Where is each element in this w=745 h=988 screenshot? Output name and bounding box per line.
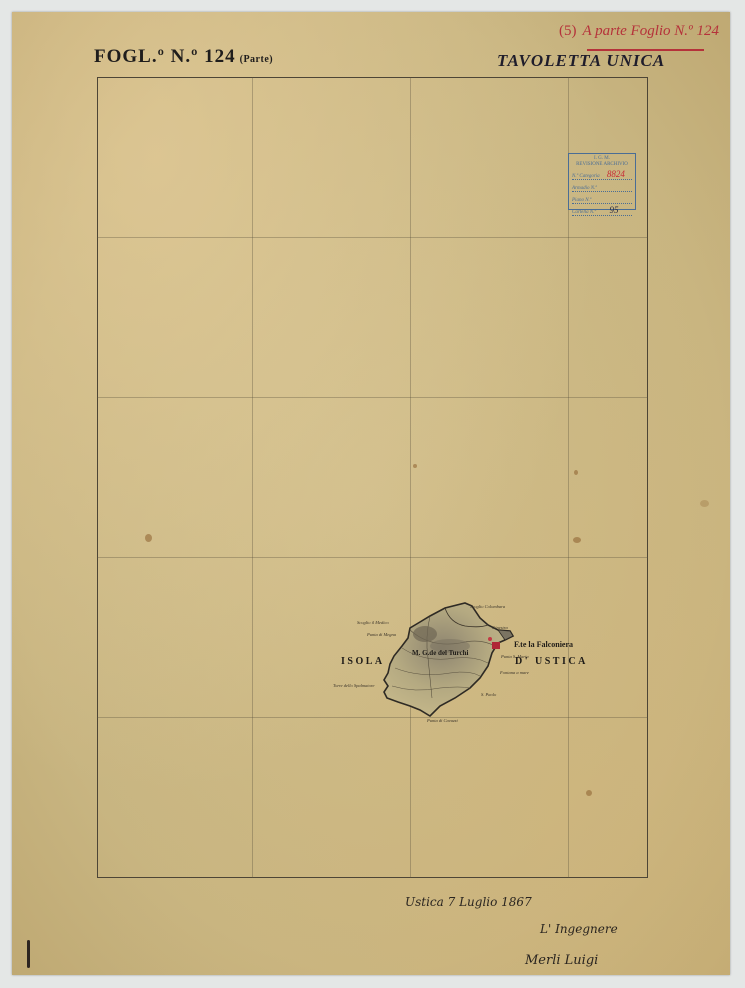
place-label: Scoglio Colombara [470,604,505,609]
grid-line-horizontal [97,237,648,238]
grid-line-vertical [410,77,411,878]
stamp-label: Armadio N.º [572,186,597,191]
red-underline [587,49,704,51]
place-label: Punta di Megna [367,632,396,637]
grid-line-horizontal [97,557,648,558]
stamp-value: 8824 [600,170,632,179]
place-label: Scoglio il Medico [357,620,389,625]
sheet-subtitle: TAVOLETTA UNICA [497,51,665,71]
stamp-row: N.º Categoria 8824 [572,169,632,180]
stain [573,537,581,543]
stamp-row: Armadio N.º [572,181,632,192]
stain [413,464,417,468]
place-label: S. Paolo [481,692,496,697]
stamp-value: 95 [596,206,632,215]
red-annotation-text: A parte Foglio N.º 124 [583,23,719,39]
stamp-subheader: REVISIONE ARCHIVIO [572,162,632,168]
summit-label: M. G.de del Turchi [412,649,468,657]
stain [145,534,152,542]
stain [700,500,709,507]
grid-line-vertical [252,77,253,878]
handwritten-place-date: Ustica 7 Luglio 1867 [405,895,532,909]
island-name-left: ISOLA [341,656,385,667]
place-label: Punta S. Maria [501,654,529,659]
stamp-row: Piano N.º [572,193,632,204]
red-annotation-number: (5) [559,23,577,39]
sheet-number: FOGL.º N.º 124(Parte) [94,46,273,68]
sheet-number-text: FOGL.º N.º 124 [94,46,236,67]
stamp-label: Cartella N.º [572,210,596,215]
handwritten-role: L' Ingegnere [540,922,618,936]
handwritten-name: Merli Luigi [525,953,598,968]
stain [574,470,578,475]
map-frame [97,77,648,878]
place-label: Punta di Cavazzi [427,718,458,723]
place-label: Ginestra [492,625,508,630]
sheet-number-suffix: (Parte) [240,54,273,65]
pencil-mark [27,940,30,968]
falconiera-label: F.te la Falconiera [514,640,573,649]
stain [586,790,592,796]
grid-line-horizontal [97,397,648,398]
stamp-label: Piano N.º [572,198,591,203]
place-label: Fontana a mare [500,670,529,675]
stamp-label: N.º Categoria [572,174,600,179]
archive-stamp: I. G. M. REVISIONE ARCHIVIO N.º Categori… [568,153,636,210]
red-annotation: (5)A parte Foglio N.º 124 [559,23,719,40]
place-label: Torre dello Spalmatore [333,683,375,688]
stamp-row: Cartella N.º 95 [572,205,632,216]
